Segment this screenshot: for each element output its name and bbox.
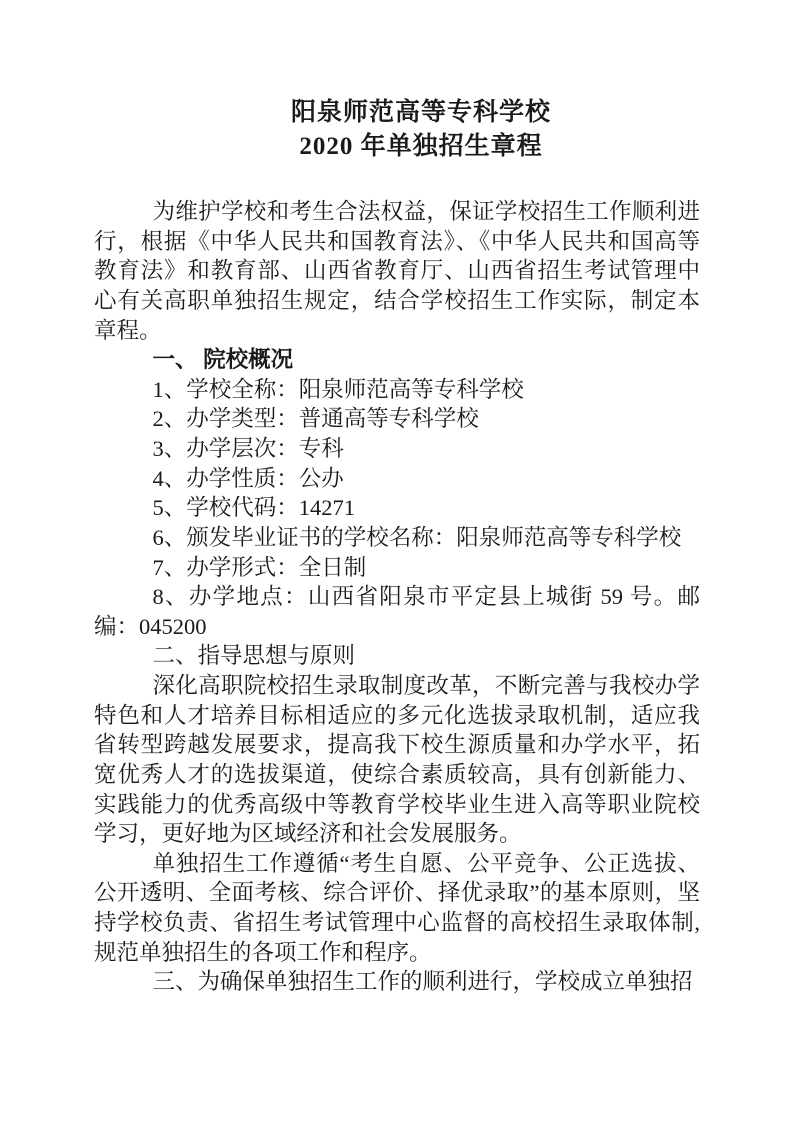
document-body: 阳泉师范高等专科学校 2020 年单独招生章程 为维护学校和考生合法权益，保证学… (0, 0, 793, 997)
document-text: 为维护学校和考生合法权益，保证学校招生工作顺利进行，根据《中华人民共和国教育法》… (94, 197, 700, 997)
title-line-1: 阳泉师范高等专科学校 (118, 96, 724, 130)
document-title: 阳泉师范高等专科学校 2020 年单独招生章程 (118, 96, 724, 164)
section-2-paragraph-1: 深化高职院校招生录取制度改革，不断完善与我校办学特色和人才培养目标相适应的多元化… (94, 671, 700, 849)
list-item-school-code: 5、学校代码：14271 (94, 493, 700, 523)
list-item-school-type: 2、办学类型：普通高等专科学校 (94, 404, 700, 434)
list-item-school-nature: 4、办学性质：公办 (94, 464, 700, 494)
list-item-address: 8、办学地点：山西省阳泉市平定县上城街 59 号。邮编：045200 (94, 582, 700, 641)
list-item-education-level: 3、办学层次：专科 (94, 434, 700, 464)
section-1-heading: 一、 院校概况 (94, 345, 700, 375)
list-item-study-mode: 7、办学形式：全日制 (94, 553, 700, 583)
section-2-paragraph-2: 单独招生工作遵循“考生自愿、公平竞争、公正选拔、公开透明、全面考核、综合评价、择… (94, 849, 700, 968)
section-3-opening: 三、为确保单独招生工作的顺利进行，学校成立单独招 (94, 967, 700, 997)
list-item-diploma-name: 6、颁发毕业证书的学校名称：阳泉师范高等专科学校 (94, 523, 700, 553)
title-line-2: 2020 年单独招生章程 (118, 130, 724, 164)
list-item-school-name: 1、学校全称：阳泉师范高等专科学校 (94, 375, 700, 405)
intro-paragraph: 为维护学校和考生合法权益，保证学校招生工作顺利进行，根据《中华人民共和国教育法》… (94, 197, 700, 345)
document-page: 阳泉师范高等专科学校 2020 年单独招生章程 为维护学校和考生合法权益，保证学… (0, 0, 793, 1122)
section-2-heading: 二、指导思想与原则 (94, 641, 700, 671)
